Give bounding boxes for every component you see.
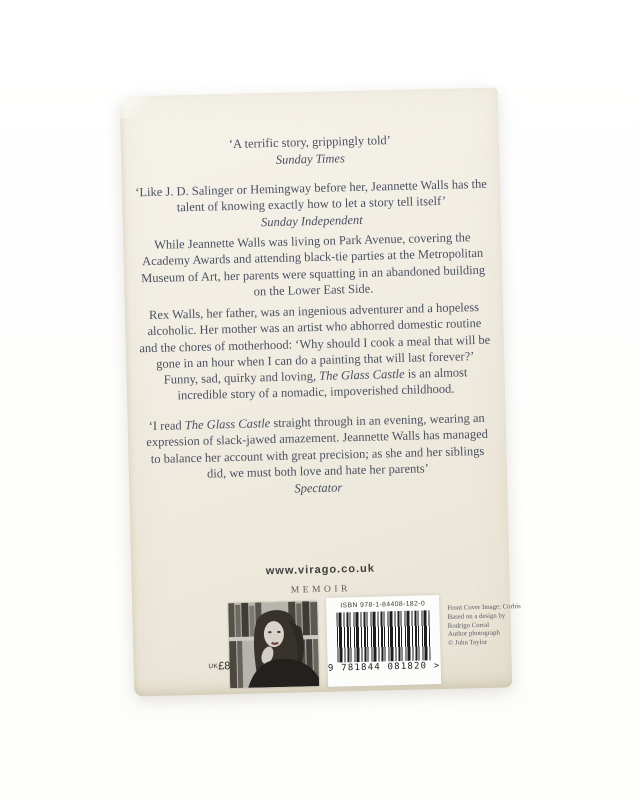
author-photo-illustration — [228, 601, 319, 688]
synopsis-paragraph-2: Rex Walls, her father, was an ingenious … — [137, 299, 493, 405]
review-block-3: ‘I read The Glass Castle straight throug… — [140, 410, 496, 501]
barcode-digit-group: 9 781844 081820 — [328, 661, 427, 673]
credits-text: Front Cover Image: Corbis Based on a des… — [447, 603, 526, 649]
author-portrait-photo — [228, 601, 319, 688]
barcode-arrow: > — [434, 661, 441, 671]
barcode-isbn-text: ISBN 978-1-84408-182-0 — [326, 600, 439, 610]
review-block-1: ‘A terrific story, grippingly told’ Sund… — [133, 130, 488, 172]
synopsis-paragraph-1: While Jeannette Walls was living on Park… — [135, 229, 490, 303]
photo-backdrop: ‘A terrific story, grippingly told’ Sund… — [0, 0, 640, 800]
review-quote-3: ‘I read The Glass Castle straight throug… — [140, 410, 495, 484]
barcode-sticker: ISBN 978-1-84408-182-0 9 781844 081820 > — [326, 595, 441, 687]
credit-line: © John Taylor — [448, 638, 526, 649]
genre-label: MEMOIR — [144, 578, 498, 603]
book-back-cover: ‘A terrific story, grippingly told’ Sund… — [120, 87, 513, 696]
barcode-digits: 9 781844 081820 > — [328, 661, 441, 674]
barcode-bars — [336, 610, 430, 662]
review-block-2: ‘Like J. D. Salinger or Hemingway before… — [134, 176, 489, 234]
